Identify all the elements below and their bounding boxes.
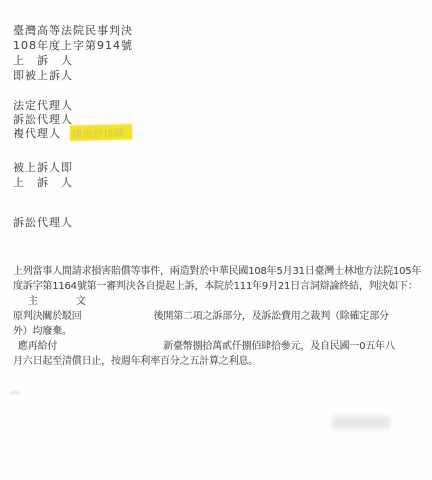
ruling2-before-gap: 應再給付 (18, 341, 57, 352)
judgment-document-page: 臺灣高等法院民事判決 108年度上字第914號 上 訴 人 即被上訴人 法定代理… (0, 0, 432, 480)
appellant-label-line2: 即被上訴人 (13, 67, 73, 83)
main-text-heading-char1: 主 (28, 296, 38, 307)
sub-agent-label: 複代理人 (13, 125, 61, 141)
main-text-heading-char2: 文 (76, 296, 86, 307)
scan-artifact-smudge (332, 416, 390, 429)
intro-paragraph-line2: 度訴字第1164號第一審判決各自提起上訴，本院於111年9月21日言詞辯論終結，… (13, 277, 418, 292)
ruling1-after-gap: 後開第二項之訴部分，及訴訟費用之裁判（除確定部分 (154, 311, 389, 322)
ruling1-line2: 外）均廢棄。 (13, 322, 72, 337)
highlighted-name-mark: 陳思舒律師 (70, 124, 132, 141)
scan-artifact-speck (10, 391, 19, 394)
case-number: 108年度上字第914號 (13, 37, 133, 53)
ruling2-after-gap: 新臺幣捌拾萬貳仟捌佰肆拾參元，及自民國一0五年八 (163, 341, 395, 352)
appellee-agent-label: 訴訟代理人 (13, 214, 73, 230)
ruling2-line1: 應再給付新臺幣捌拾萬貳仟捌佰肆拾參元，及自民國一0五年八 (18, 337, 395, 352)
ruling2-line2: 月六日起至清償日止，按週年利率百分之五計算之利息。 (13, 352, 258, 367)
sub-agent-name: 陳思舒律師 (72, 124, 125, 140)
appellee-label-line1: 被上訴人即 (13, 159, 73, 175)
court-title: 臺灣高等法院民事判決 (13, 22, 133, 38)
appellee-label-line2: 上 訴 人 (13, 174, 73, 190)
appellant-label-line1: 上 訴 人 (13, 52, 73, 68)
main-text-heading: 主文 (28, 292, 86, 307)
ruling1-before-gap: 原判決關於駁回 (13, 311, 82, 322)
intro-paragraph-line1: 上列當事人間請求損害賠償等事件，兩造對於中華民國108年5月31日臺灣士林地方法… (13, 262, 421, 277)
ruling1-line1: 原判決關於駁回後開第二項之訴部分，及訴訟費用之裁判（除確定部分 (13, 307, 389, 322)
